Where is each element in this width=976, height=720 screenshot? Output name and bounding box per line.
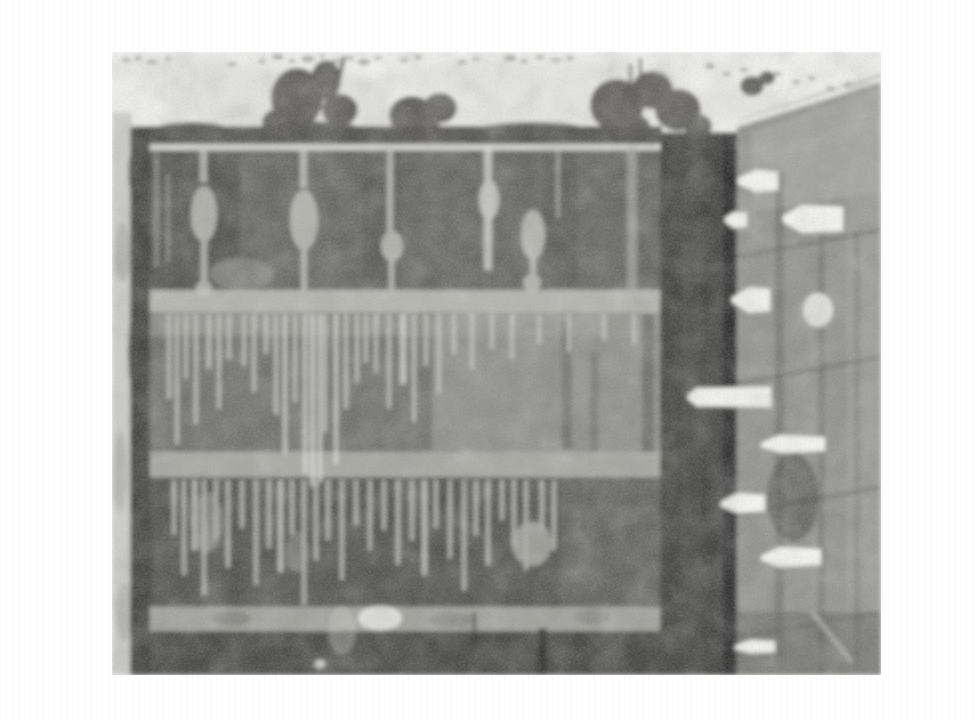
scanned-page: { "page": { "background_color": "#ffffff… xyxy=(0,0,976,720)
grain-overlay xyxy=(112,52,881,675)
photo-concrete-wall xyxy=(112,52,881,675)
photo-svg xyxy=(112,52,881,675)
